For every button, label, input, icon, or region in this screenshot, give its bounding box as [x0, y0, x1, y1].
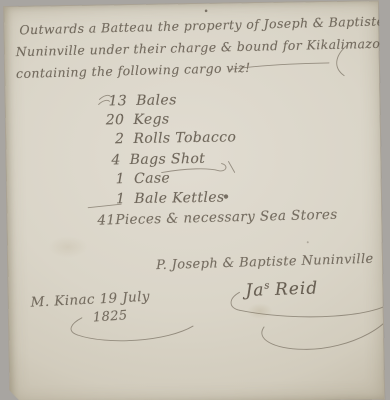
year-swoosh-flourish — [77, 326, 193, 341]
manifest-opening-line-3: containing the following cargo viz! — [16, 60, 251, 81]
cargo-item: Kegs — [133, 111, 169, 128]
signature-superscript: s — [264, 280, 271, 291]
paper-stain — [247, 303, 273, 319]
scanned-document: Outwards a Batteau the property of Josep… — [0, 0, 390, 400]
ink-speck — [307, 241, 309, 243]
cargo-row: 20Kegs — [106, 111, 170, 128]
manifest-opening-line-1: Outwards a Batteau the property of Josep… — [19, 13, 384, 37]
dateline-year: 1825 — [92, 308, 128, 325]
dateline: M. Kinac 19 July — [30, 289, 150, 311]
cargo-item: Rolls Tobacco — [133, 129, 236, 147]
signature-prefix: Ja — [245, 280, 265, 301]
cargo-row: 1Case — [116, 170, 171, 187]
ink-speck — [205, 9, 208, 12]
cargo-item: Bale Kettles — [134, 190, 224, 207]
cargo-qty: 4 — [111, 152, 121, 168]
signature-surname: Reid — [275, 278, 319, 299]
year-paren-flourish — [71, 318, 82, 335]
consignor-line: P. Joseph & Baptiste Nuninville — [156, 252, 374, 273]
sea-stores-item: Pieces & necessary Sea Stores — [115, 207, 338, 228]
signature: Jas Reid — [245, 278, 318, 300]
paper-sheet: Outwards a Batteau the property of Josep… — [3, 0, 385, 400]
cargo-row: 4Bags Shot — [111, 151, 205, 168]
cargo-row: 2Rolls Tobacco — [115, 129, 236, 147]
cargo-item: Bales — [136, 92, 177, 109]
cargo-qty: 1 — [116, 171, 126, 187]
cargo-qty: 13 — [108, 93, 127, 109]
cargo-row: 1Bale Kettles — [116, 190, 225, 208]
signature-loop-flourish — [261, 300, 384, 350]
signature-paren-flourish — [231, 292, 240, 310]
sea-stores-line: 41Pieces & necessary Sea Stores — [97, 207, 338, 229]
cargo-qty: 20 — [106, 112, 125, 128]
cargo-qty: 1 — [116, 191, 126, 207]
paper-stain — [48, 236, 88, 259]
cargo-qty: 2 — [115, 131, 125, 147]
manifest-opening-line-2: Nuninville under their charge & bound fo… — [16, 36, 381, 59]
cargo-item: Case — [134, 170, 170, 187]
cargo-item: Bags Shot — [130, 151, 206, 168]
sea-stores-qty: 41 — [97, 212, 115, 228]
cargo-row: 13Bales — [108, 92, 176, 109]
